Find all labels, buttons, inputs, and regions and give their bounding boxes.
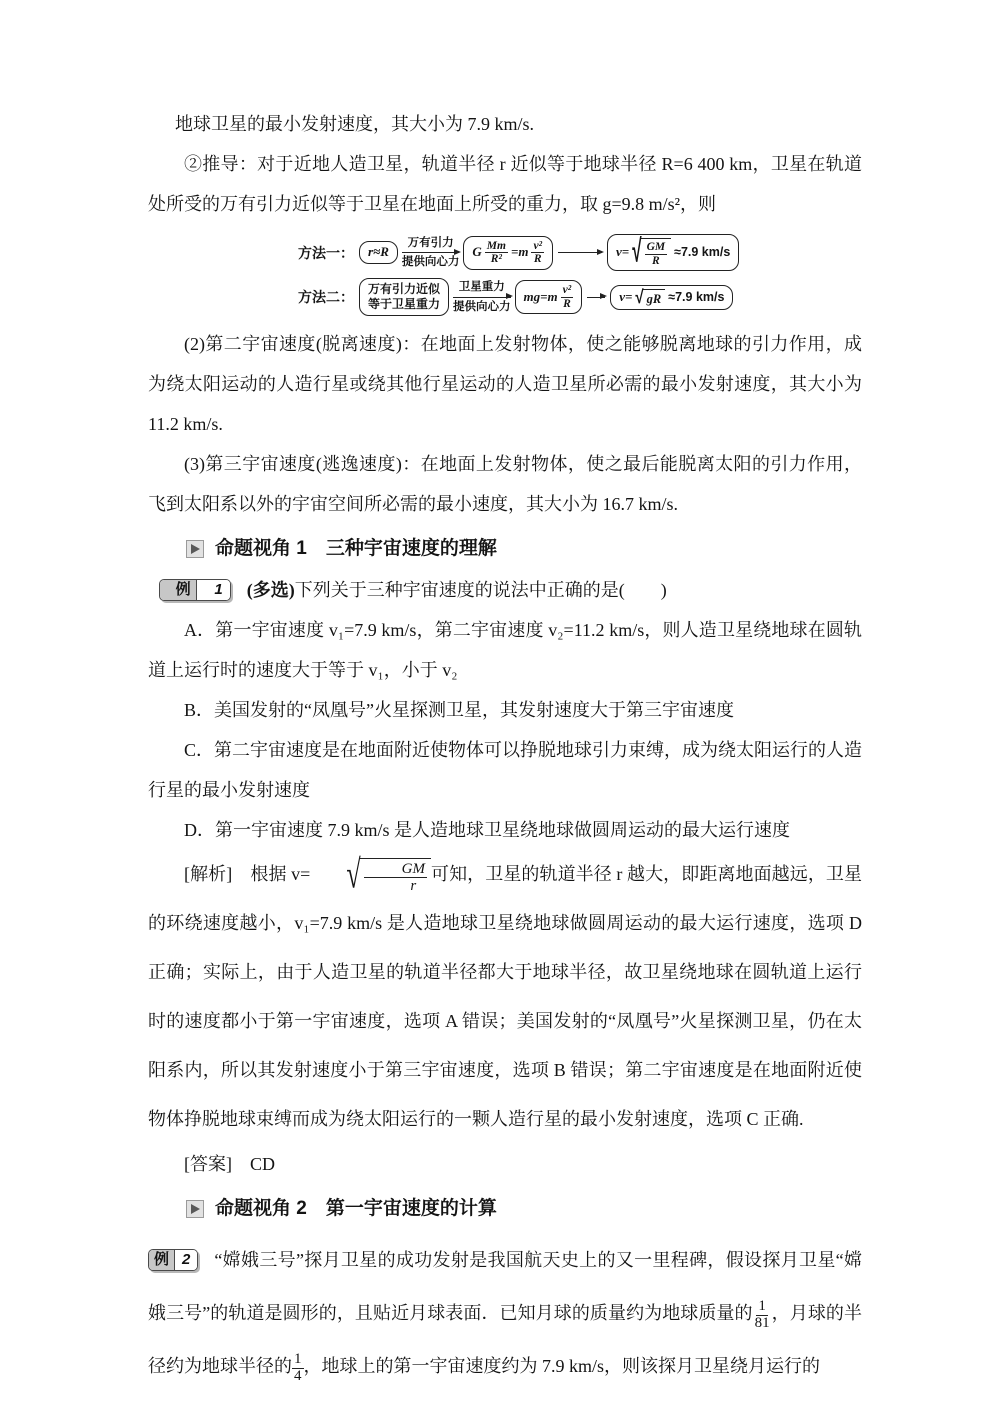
fraction: Mm R² xyxy=(485,240,508,266)
method1-arrow: 万有引力 提供向心力 xyxy=(402,236,460,270)
example2-paragraph: 例2“嫦娥三号”探月卫星的成功发射是我国航天史上的又一里程碑，假设探月卫星“嫦娥… xyxy=(148,1234,862,1393)
answer-line: [答案] CD xyxy=(148,1144,862,1184)
arrow-top-label: 卫星重力 xyxy=(459,280,505,294)
paragraph-derivation: ②推导：对于近地人造卫星，轨道半径 r 近似等于地球半径 R=6 400 km，… xyxy=(148,144,862,224)
text-run: =m xyxy=(511,245,529,260)
text-run: 下列关于三种宇宙速度的说法中正确的是( ) xyxy=(295,580,667,600)
play-triangle-icon xyxy=(186,540,204,558)
fraction-numerator: Mm xyxy=(485,240,508,254)
fraction-denominator: R xyxy=(532,253,544,266)
section-heading-text: 命题视角 2 第一宇宙速度的计算 xyxy=(215,1192,497,1226)
method2-arrow: 卫星重力 提供向心力 xyxy=(453,280,511,314)
text-run: gR xyxy=(647,292,662,306)
fraction-numerator: 1 xyxy=(756,1299,768,1316)
fraction-denominator: r xyxy=(372,878,418,895)
text-run: 可知，卫星的轨道半径 r 越大，即距离地面越远，卫星的环绕速度越小，v₁=7.9… xyxy=(148,864,862,1129)
multi-select-tag: (多选) xyxy=(247,580,295,600)
option-d: D．第一宇宙速度 7.9 km/s 是人造地球卫星绕地球做圆周运动的最大运行速度 xyxy=(148,810,862,850)
fraction: v² R xyxy=(531,240,544,266)
analysis-label: [解析] xyxy=(184,864,232,884)
right-arrow-icon xyxy=(587,297,605,298)
paragraph-second-cosmic-velocity: (2)第二宇宙速度(脱离速度)：在地面上发射物体，使之能够脱离地球的引力作用，成… xyxy=(148,324,862,444)
text-run: D．第一宇宙速度 7.9 km/s 是人造地球卫星绕地球做圆周运动的最大运行速度 xyxy=(184,820,790,840)
section-heading-view1: 命题视角 1 三种宇宙速度的理解 xyxy=(148,532,862,566)
radical-icon: √ xyxy=(632,237,641,266)
option-b: B．美国发射的“凤凰号”火星探测卫星，其发射速度大于第三宇宙速度 xyxy=(148,690,862,730)
fraction-numerator: v² xyxy=(561,284,574,298)
text-run: (2)第二宇宙速度(脱离速度)：在地面上发射物体，使之能够脱离地球的引力作用，成… xyxy=(148,334,862,434)
play-triangle-icon xyxy=(186,1200,204,1218)
fraction: 14 xyxy=(292,1352,304,1385)
radical-icon: √ xyxy=(310,857,360,893)
fraction: v² R xyxy=(561,284,574,310)
text-run: ，地球上的第一宇宙速度约为 7.9 km/s，则该探月卫星绕月运行的 xyxy=(304,1356,821,1376)
text-run: G xyxy=(472,245,481,260)
arrow-bottom-label: 提供向心力 xyxy=(453,300,511,314)
method1-box-equation: G Mm R² =m v² R xyxy=(463,236,553,270)
text-run: v= xyxy=(619,290,632,305)
radicand: GMr xyxy=(360,858,431,895)
method2-box-condition: 万有引力近似 等于卫星重力 xyxy=(359,278,449,316)
text-run: C．第二宇宙速度是在地面附近使物体可以挣脱地球引力束缚，成为绕太阳运行的人造行星… xyxy=(148,740,862,800)
section-heading-text: 命题视角 1 三种宇宙速度的理解 xyxy=(215,532,497,566)
option-c: C．第二宇宙速度是在地面附近使物体可以挣脱地球引力束缚，成为绕太阳运行的人造行星… xyxy=(148,730,862,810)
square-root: √GMr xyxy=(310,858,431,895)
fraction-numerator: 1 xyxy=(292,1352,304,1369)
analysis-paragraph: [解析] 根据 v=√GMr可知，卫星的轨道半径 r 越大，即距离地面越远，卫星… xyxy=(148,850,862,1144)
answer-value: CD xyxy=(250,1154,275,1174)
text-run: ②推导：对于近地人造卫星，轨道半径 r 近似等于地球半径 R=6 400 km，… xyxy=(148,154,862,214)
text-run: ≈7.9 km/s xyxy=(668,290,724,304)
paragraph-third-cosmic-velocity: (3)第三宇宙速度(逃逸速度)：在地面上发射物体，使之最后能脱离太阳的引力作用，… xyxy=(148,444,862,524)
method2-box-equation: mg=m v² R xyxy=(515,280,583,314)
option-a: A．第一宇宙速度 v₁=7.9 km/s，第二宇宙速度 v₂=11.2 km/s… xyxy=(148,610,862,690)
section-heading-view2: 命题视角 2 第一宇宙速度的计算 xyxy=(148,1192,862,1226)
text-run: B．美国发射的“凤凰号”火星探测卫星，其发射速度大于第三宇宙速度 xyxy=(184,700,734,720)
badge-number: 2 xyxy=(175,1250,197,1270)
text-block: 万有引力近似 等于卫星重力 xyxy=(368,282,440,312)
example1-stem: 例1(多选)下列关于三种宇宙速度的说法中正确的是( ) xyxy=(148,570,862,610)
text-run: (3)第三宇宙速度(逃逸速度)：在地面上发射物体，使之最后能脱离太阳的引力作用，… xyxy=(148,454,862,514)
answer-label: [答案] xyxy=(184,1154,232,1174)
example1-badge: 例1 xyxy=(159,579,231,601)
fraction-numerator: v² xyxy=(531,240,544,254)
right-arrow-icon xyxy=(453,297,511,298)
arrow-top-label: 万有引力 xyxy=(408,236,454,250)
flow-row-method2: 方法二： 万有引力近似 等于卫星重力 卫星重力 提供向心力 mg=m v² R xyxy=(298,278,862,316)
fraction: GM R xyxy=(645,241,668,267)
fraction-denominator: R xyxy=(561,298,573,311)
text-run: A．第一宇宙速度 v₁=7.9 km/s，第二宇宙速度 v₂=11.2 km/s… xyxy=(148,620,862,680)
fraction-denominator: 4 xyxy=(292,1369,304,1385)
fraction-denominator: R² xyxy=(489,253,504,266)
radicand: gR xyxy=(643,289,666,306)
text-run: v= xyxy=(616,245,629,260)
text-run: 万有引力近似 xyxy=(368,282,440,297)
fraction: GMr xyxy=(364,861,427,895)
fraction: 181 xyxy=(753,1299,772,1332)
fraction-denominator: 81 xyxy=(753,1316,772,1332)
right-arrow-icon xyxy=(558,252,602,253)
text-run: 根据 v= xyxy=(250,864,310,884)
fraction-numerator: GM xyxy=(364,861,427,879)
badge-label: 例 xyxy=(160,580,197,600)
method2-label: 方法二： xyxy=(298,287,354,307)
paragraph-intro: 地球卫星的最小发射速度，其大小为 7.9 km/s. xyxy=(148,104,862,144)
square-root: √ gR xyxy=(635,289,665,306)
text-run: r≈R xyxy=(368,245,389,260)
method1-label: 方法一： xyxy=(298,243,354,263)
method2-box-result: v= √ gR ≈7.9 km/s xyxy=(610,285,733,310)
fraction-denominator: R xyxy=(650,255,662,268)
badge-number: 1 xyxy=(197,580,230,600)
fraction-numerator: GM xyxy=(645,241,668,255)
document-page: 地球卫星的最小发射速度，其大小为 7.9 km/s. ②推导：对于近地人造卫星，… xyxy=(0,0,1000,1414)
right-arrow-icon xyxy=(402,252,460,253)
method1-box-result: v= √ GM R ≈7.9 km/s xyxy=(607,234,739,271)
text-run: 地球卫星的最小发射速度，其大小为 7.9 km/s. xyxy=(175,114,534,134)
square-root: √ GM R xyxy=(632,238,671,267)
method1-box-condition: r≈R xyxy=(359,241,398,264)
radicand: GM R xyxy=(641,238,672,267)
text-run: 等于卫星重力 xyxy=(368,297,440,312)
radical-icon: √ xyxy=(635,289,643,306)
example2-badge: 例2 xyxy=(148,1249,198,1271)
badge-label: 例 xyxy=(149,1250,175,1270)
flow-row-method1: 方法一： r≈R 万有引力 提供向心力 G Mm R² =m v² R xyxy=(298,234,862,271)
text-run: mg=m xyxy=(524,290,558,305)
derivation-flowchart: 方法一： r≈R 万有引力 提供向心力 G Mm R² =m v² R xyxy=(298,234,862,316)
arrow-bottom-label: 提供向心力 xyxy=(402,255,460,269)
text-run: ≈7.9 km/s xyxy=(674,245,730,259)
